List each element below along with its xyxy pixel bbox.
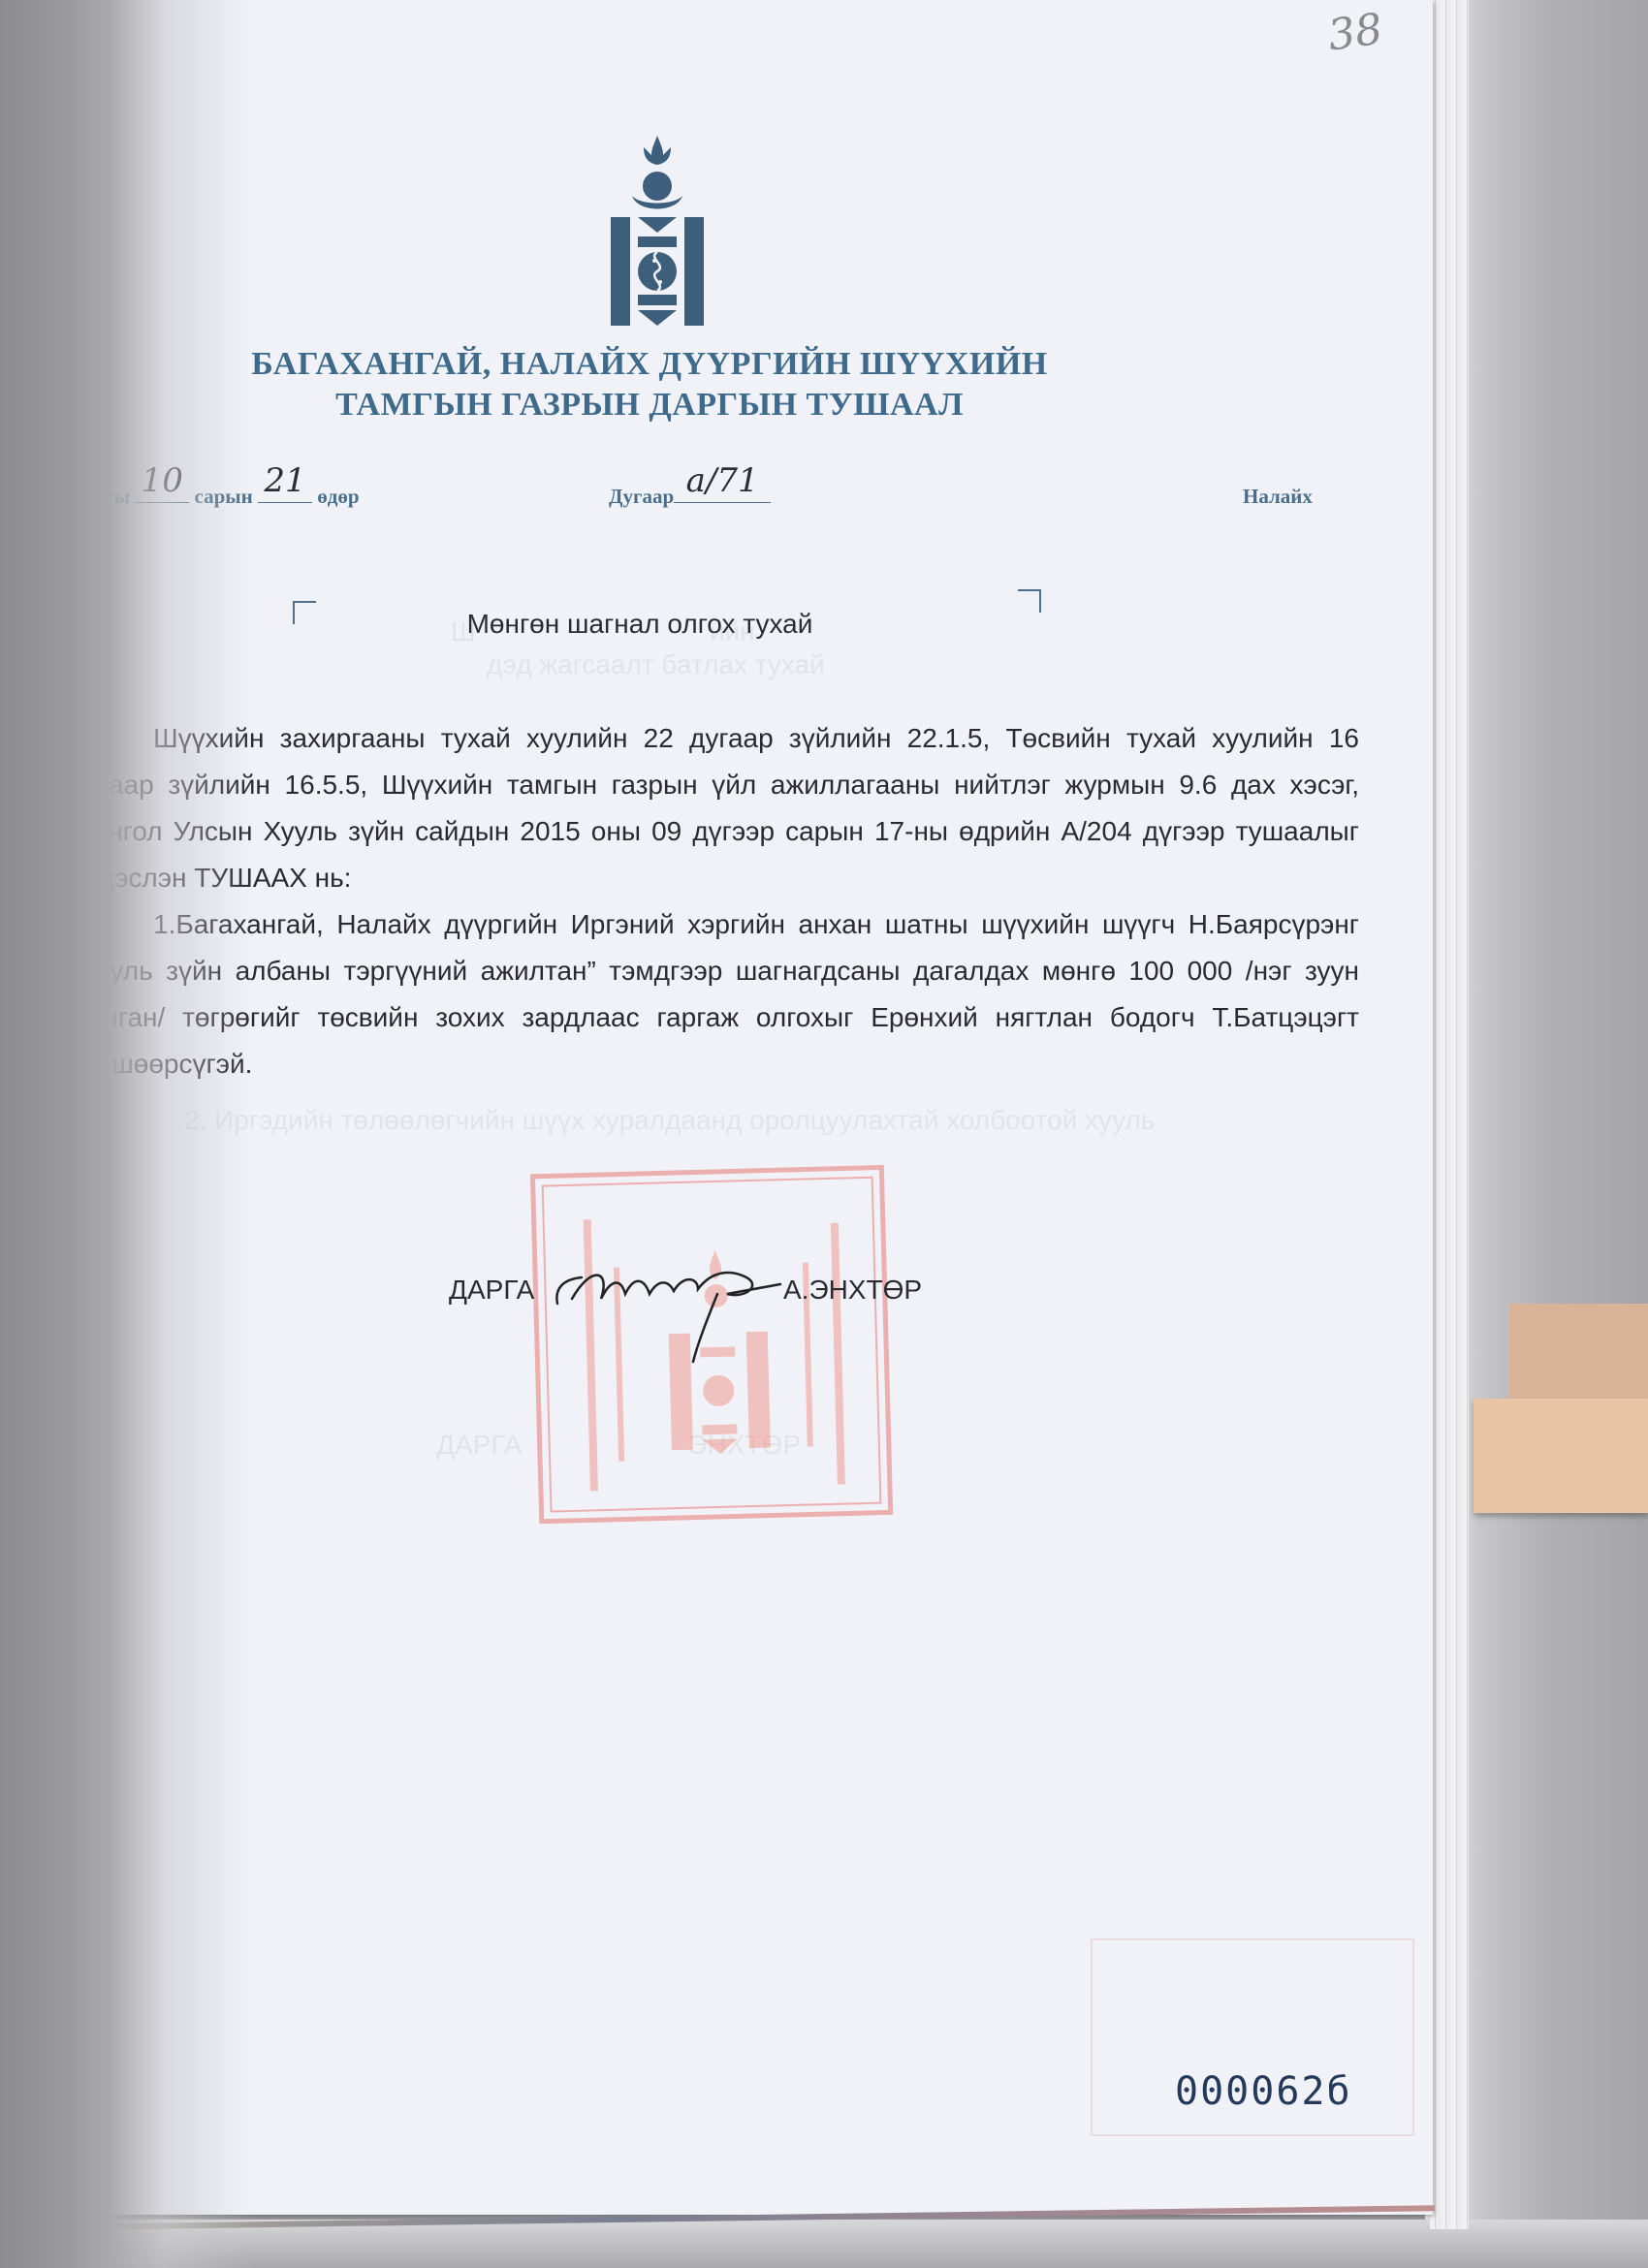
- soyombo-emblem-icon: [609, 136, 706, 330]
- body-paragraph: Шүүхийн захиргааны тухай хуулийн 22 дуга…: [70, 715, 1359, 901]
- month-value: 10: [135, 461, 189, 500]
- document-header-title: БАГАХАНГАЙ, НАЛАЙХ ДҮҮРГИЙН ШҮҮХИЙН ТАМГ…: [213, 344, 1086, 425]
- bleed-through-text: 2. Иргэдийн төлөөлөгчийн шүүх хуралдаанд…: [184, 1105, 1155, 1136]
- page-stack-edge: [1430, 0, 1469, 2229]
- document-page: 38 БАГАХАНГАЙ, НАЛАЙХ ДҮҮРГИЙН ШҮҮХИЙН Т…: [0, 0, 1433, 2215]
- year-label: оны: [92, 485, 130, 508]
- signatory-title: ДАРГА: [449, 1275, 534, 1306]
- order-number-value: а/71: [674, 461, 771, 500]
- subject-bracket-left: [293, 601, 316, 624]
- signatory-name: А.ЭНХТӨР: [783, 1275, 922, 1306]
- day-label: өдөр: [317, 485, 359, 508]
- day-value: 21: [258, 461, 312, 500]
- handwritten-page-number: 38: [1325, 4, 1386, 60]
- month-field: 10: [135, 502, 189, 503]
- bleed-through-text: дэд жагсаалт батлах тухай: [487, 649, 825, 680]
- date-line: оны 10 сарын 21 өдөр: [92, 485, 360, 509]
- order-number-line: Дугаара/71: [609, 485, 771, 509]
- divider-tab-back: [1509, 1304, 1648, 1401]
- order-number-label: Дугаар: [609, 485, 674, 508]
- bleed-through-text: Ш ийн: [451, 616, 755, 647]
- order-number-field: а/71: [674, 502, 771, 503]
- body-paragraph-order-item: 1.Багахангай, Налайх дүүргийн Иргэний хэ…: [70, 901, 1359, 1087]
- handwritten-signature: [553, 1260, 795, 1376]
- place-label: Налайх: [1243, 485, 1313, 509]
- divider-tab-front: [1474, 1399, 1648, 1513]
- stamp-serial-number: 000062б: [1175, 2069, 1352, 2114]
- month-label: сарын: [195, 485, 253, 508]
- header-title-line2: ТАМГЫН ГАЗРЫН ДАРГЫН ТУШААЛ: [213, 385, 1086, 425]
- subject-bracket-right: [1018, 589, 1041, 613]
- day-field: 21: [258, 502, 312, 503]
- header-title-line1: БАГАХАНГАЙ, НАЛАЙХ ДҮҮРГИЙН ШҮҮХИЙН: [213, 344, 1086, 385]
